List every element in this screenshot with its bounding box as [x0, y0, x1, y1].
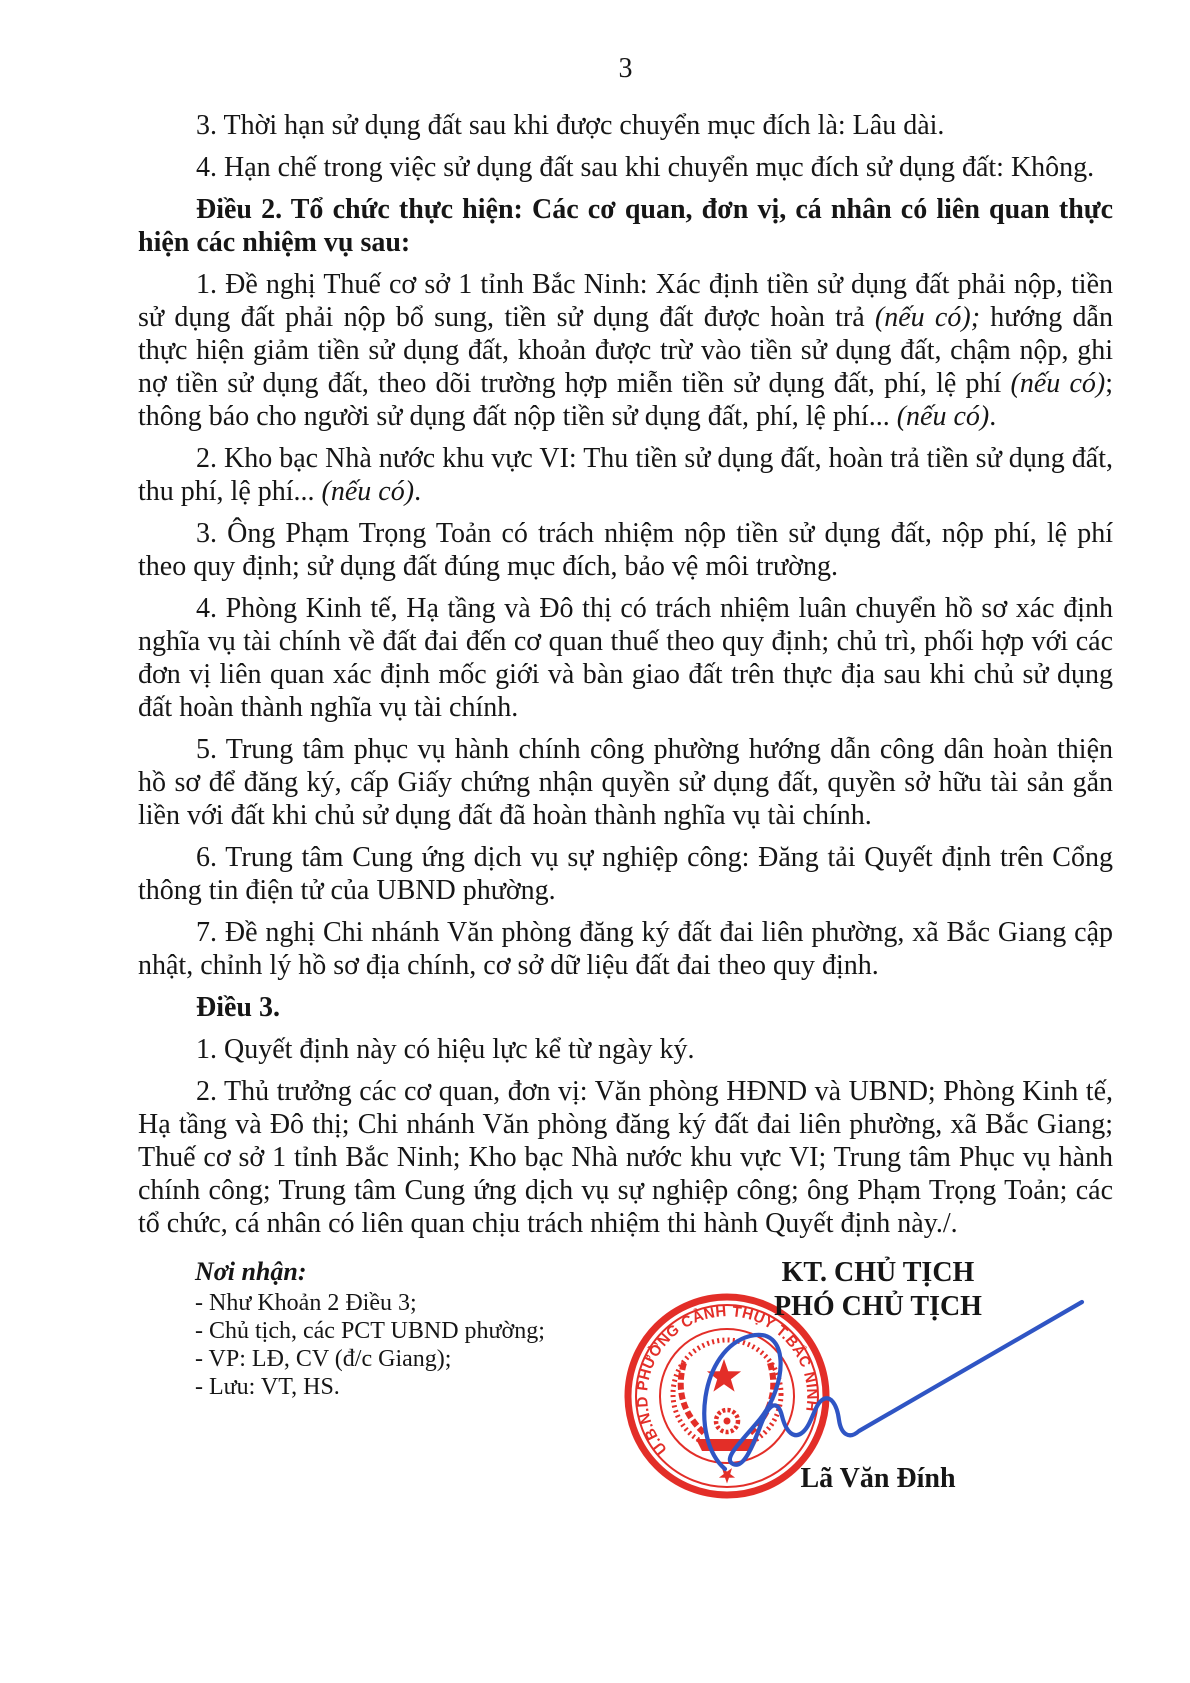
recipient-item: - Chủ tịch, các PCT UBND phường; [195, 1317, 545, 1345]
body-paragraph: 4. Phòng Kinh tế, Hạ tầng và Đô thị có t… [138, 592, 1113, 724]
body-paragraph: 5. Trung tâm phục vụ hành chính công phư… [138, 733, 1113, 832]
body-paragraph: 1. Quyết định này có hiệu lực kể từ ngày… [138, 1033, 1113, 1066]
body-paragraph: 3. Ông Phạm Trọng Toản có trách nhiệm nộ… [138, 517, 1113, 583]
recipient-item: - Như Khoản 2 Điều 3; [195, 1289, 545, 1317]
body-paragraph: 3. Thời hạn sử dụng đất sau khi được chu… [138, 109, 1113, 142]
body-paragraph: Điều 2. Tổ chức thực hiện: Các cơ quan, … [138, 193, 1113, 259]
page-number: 3 [138, 52, 1113, 85]
document-page: 3 3. Thời hạn sử dụng đất sau khi được c… [0, 0, 1190, 1683]
body-paragraph: Điều 3. [138, 991, 1113, 1024]
recipient-item: - VP: LĐ, CV (đ/c Giang); [195, 1345, 545, 1373]
recipients-list: - Như Khoản 2 Điều 3;- Chủ tịch, các PCT… [195, 1289, 545, 1401]
recipients-block: Nơi nhận: - Như Khoản 2 Điều 3;- Chủ tịc… [195, 1258, 545, 1401]
body-paragraph: 4. Hạn chế trong việc sử dụng đất sau kh… [138, 151, 1113, 184]
body-paragraph: 7. Đề nghị Chi nhánh Văn phòng đăng ký đ… [138, 916, 1113, 982]
body-paragraph: 6. Trung tâm Cung ứng dịch vụ sự nghiệp … [138, 841, 1113, 907]
body-paragraph: 2. Kho bạc Nhà nước khu vực VI: Thu tiền… [138, 442, 1113, 508]
signature-stroke [630, 1274, 1090, 1484]
signature-ink-path [704, 1302, 1082, 1469]
body-paragraph: 2. Thủ trưởng các cơ quan, đơn vị: Văn p… [138, 1075, 1113, 1240]
recipients-title: Nơi nhận: [195, 1258, 545, 1286]
body-paragraph: 1. Đề nghị Thuế cơ sở 1 tỉnh Bắc Ninh: X… [138, 268, 1113, 433]
recipient-item: - Lưu: VT, HS. [195, 1373, 545, 1401]
signature-section: Nơi nhận: - Như Khoản 2 Điều 3;- Chủ tịc… [138, 1256, 1113, 1586]
document-body: 3. Thời hạn sử dụng đất sau khi được chu… [138, 109, 1113, 1240]
